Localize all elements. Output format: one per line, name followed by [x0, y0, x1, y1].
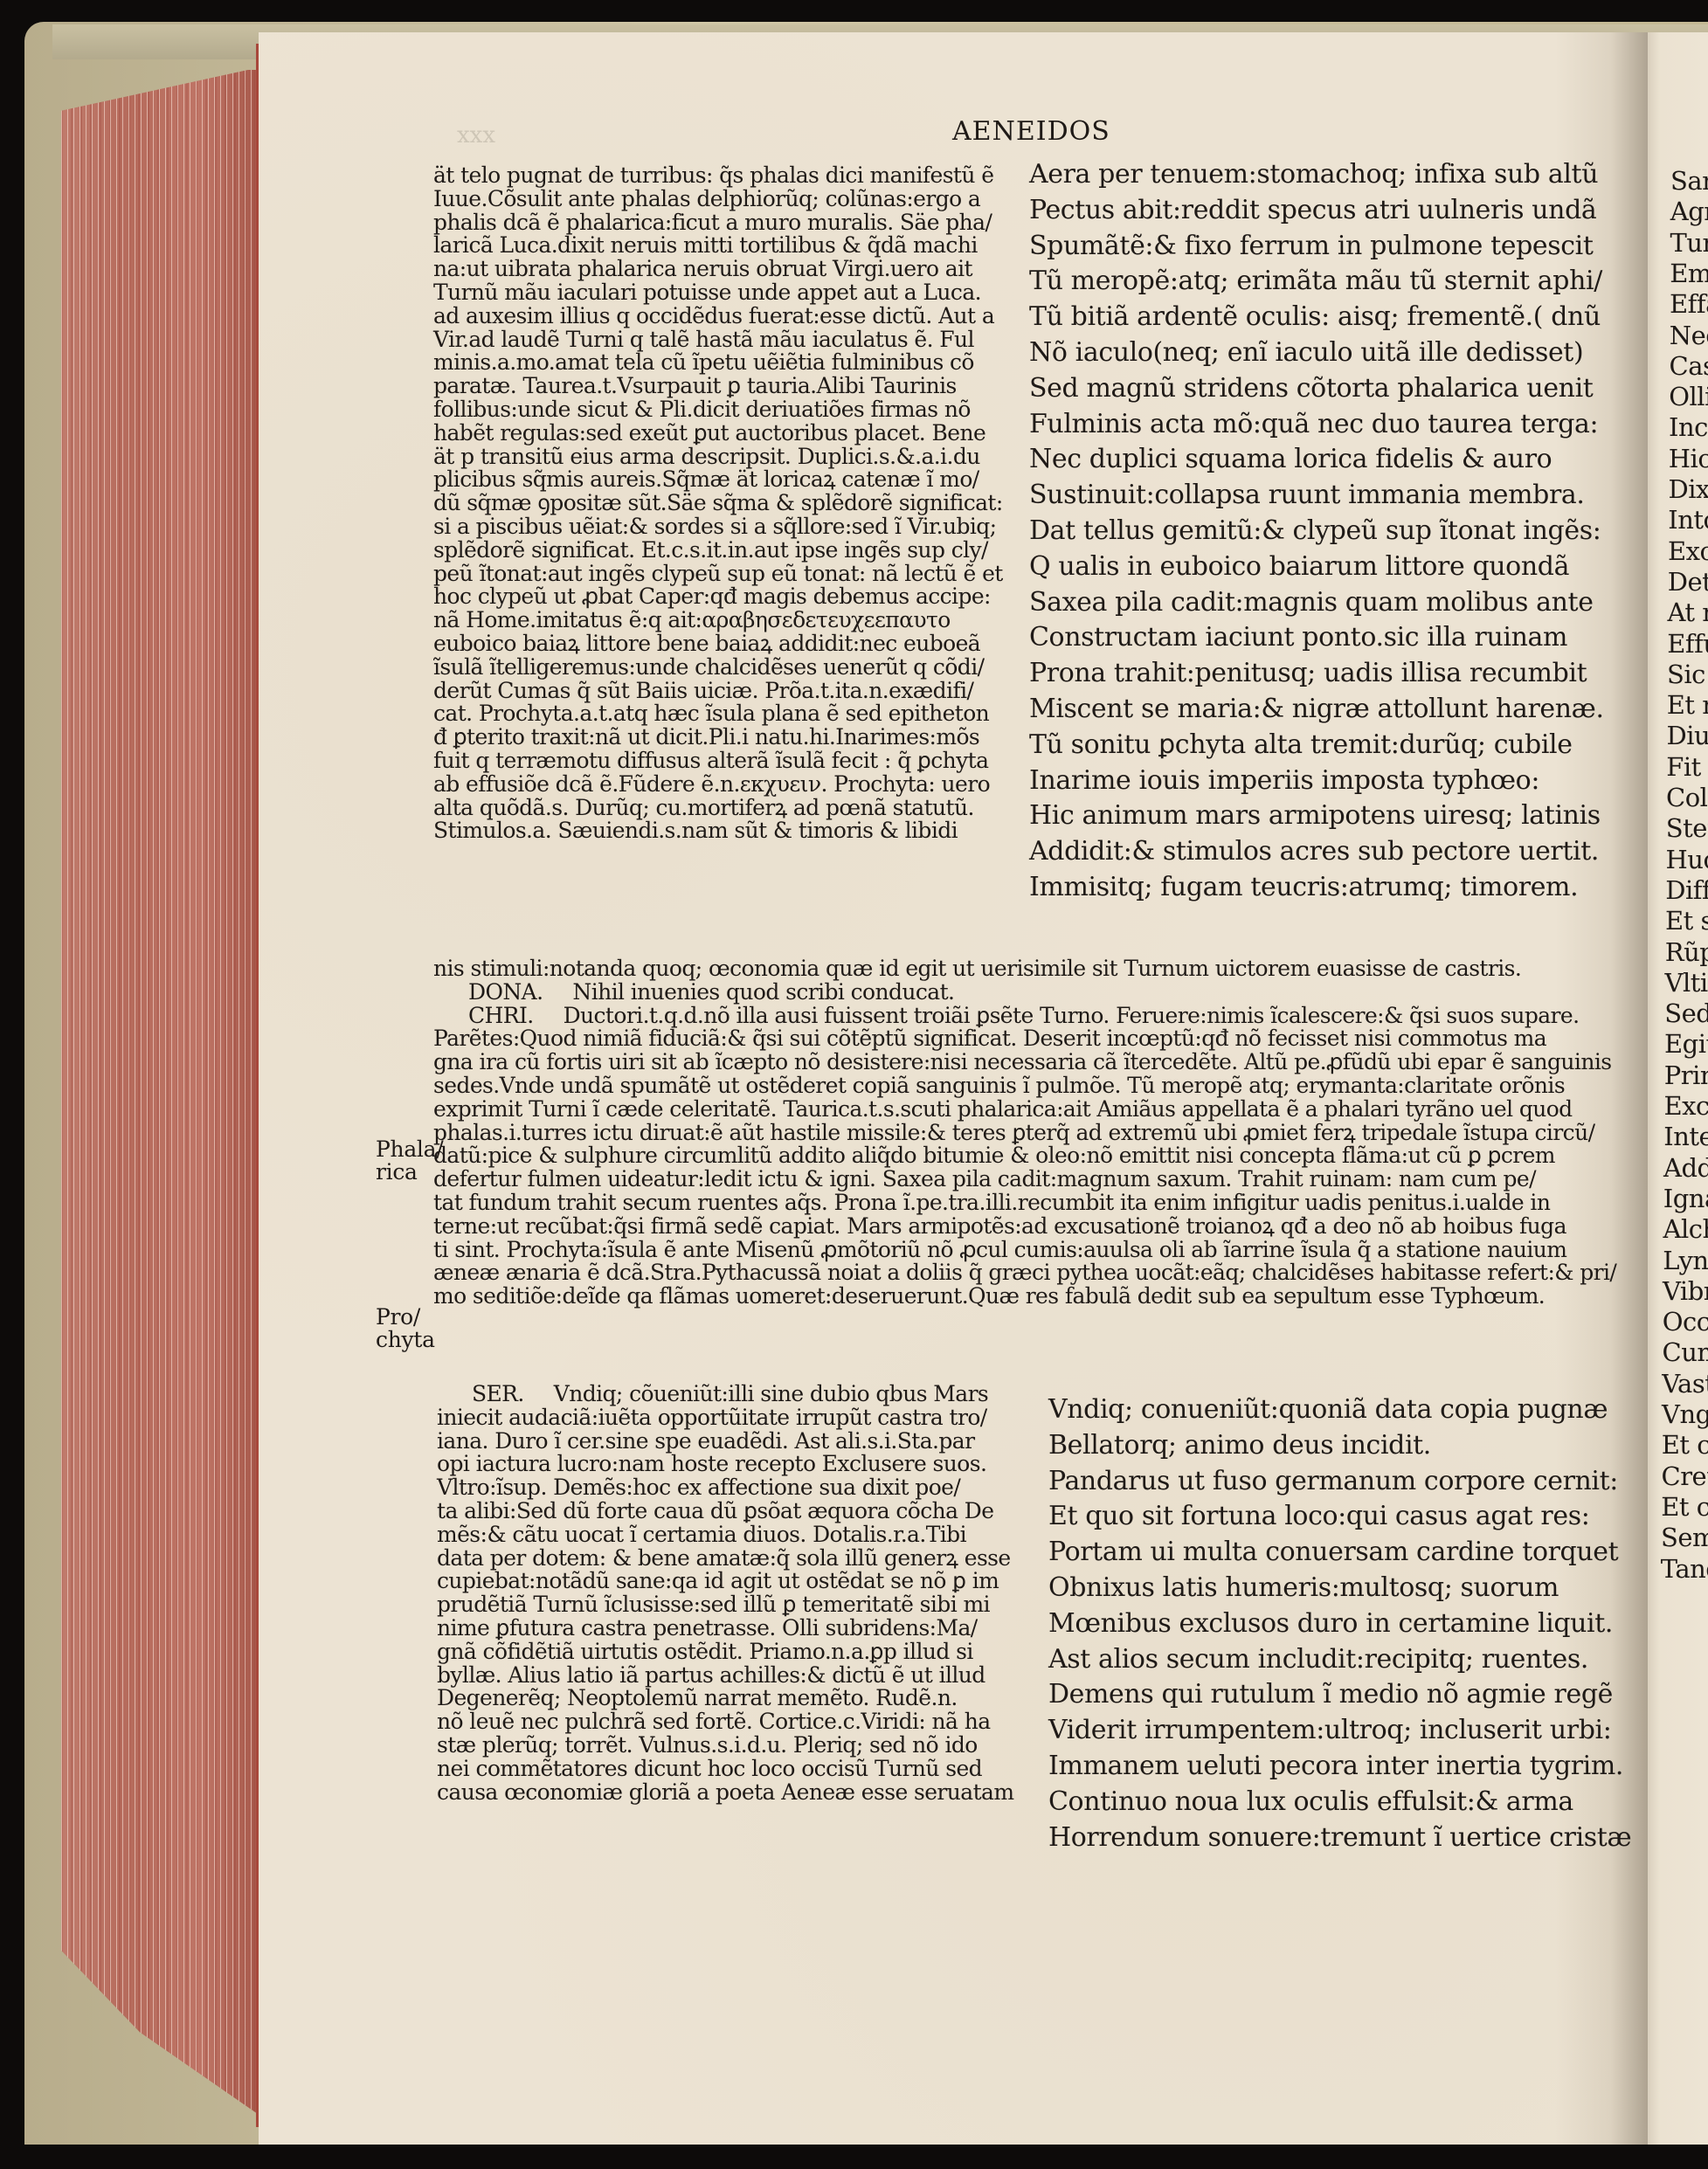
text-line: ta alibi:Sed dũ forte caua dũ ꝑsõat æquo… — [437, 1500, 1013, 1523]
right-page-line-fragment: Et cly — [1662, 1432, 1708, 1459]
right-page-line-fragment: Interg — [1663, 1123, 1708, 1150]
text-line: iana. Duro ĩ cer.sine spe euadẽdi. Ast a… — [437, 1430, 1013, 1454]
verse-column-top: Aera per tenuem:stomachoq; infixa sub al… — [1029, 157, 1604, 906]
text-line: habẽt regulas:sed exeũt ꝑut auctoribus p… — [433, 422, 1003, 446]
text-line: dũ sq̃mæ ꝯpositæ sũt.Säe sq̃ma & splẽdor… — [433, 492, 1003, 515]
text-line: Nõ iaculo(neq; enĩ iaculo uitã ille dedi… — [1029, 335, 1604, 371]
text-line: sedes.Vnde undã spumãtẽ ut ostẽderet cop… — [433, 1074, 1616, 1098]
text-line: Miscent se maria:& nigræ attollunt haren… — [1029, 692, 1604, 728]
margin-note-line: rica — [376, 1161, 443, 1184]
right-page-line-fragment: Castr — [1670, 353, 1708, 380]
text-line: Tũ meropẽ:atq; erimãta mãu tũ sternit ap… — [1029, 264, 1604, 300]
right-page-line-fragment: Ignar — [1663, 1185, 1708, 1212]
text-line: Q ualis in euboico baiarum littore quond… — [1029, 549, 1604, 585]
right-page-line-fragment: Incip — [1669, 414, 1708, 441]
text-line: terne:ut recũbat:q̃si firmã sedẽ capiat.… — [433, 1215, 1616, 1239]
text-line: Bellatorq; animo deus incidit. — [1048, 1428, 1631, 1464]
text-line: nei commẽtatores dicunt hoc loco occisũ … — [437, 1758, 1013, 1781]
right-page-line-fragment: Turb — [1670, 230, 1708, 257]
right-page-line-fragment: Effug — [1667, 631, 1708, 658]
commentary-column-top: ät telo pugnat de turribus: q̃s phalas d… — [433, 164, 1003, 843]
text-line: Tũ bitiã ardentẽ oculis: aisq; frementẽ.… — [1029, 300, 1604, 335]
right-page-line-fragment: Et me — [1667, 692, 1708, 719]
margin-note-line: Pro/ — [376, 1306, 435, 1329]
right-page-line-fragment: Tand — [1661, 1556, 1708, 1583]
text-line: alta quõdã.s. Durũq; cu.mortiferꝝ ad pœn… — [433, 797, 1003, 820]
text-line: na:ut uibrata phalarica neruis obruat Vi… — [433, 258, 1003, 281]
text-line: Fulminis acta mõ:quã nec duo taurea terg… — [1029, 407, 1604, 443]
red-fore-edge — [61, 70, 258, 2114]
text-line: paratæ. Taurea.t.Vsurpauit ꝑ tauria.Alib… — [433, 375, 1003, 398]
text-line: minis.a.mo.amat tela cũ ĩpetu uẽiẽtia fu… — [433, 351, 1003, 375]
text-line: mo seditiõe:deĩde qa flãmas uomeret:dese… — [433, 1285, 1616, 1309]
text-line: Vndiq; conueniũt:quoniã data copia pugnæ — [1048, 1392, 1631, 1428]
text-line: laricã Luca.dixit neruis mitti tortilibu… — [433, 234, 1003, 258]
text-line: Viderit irrumpentem:ultroq; incluserit u… — [1048, 1713, 1631, 1749]
right-page-line-fragment: Crete — [1662, 1463, 1708, 1490]
text-line: euboico baiaꝝ littore bene baiaꝝ addidit… — [433, 632, 1003, 656]
text-line: hoc clypeũ ut ꝓbat Caper:qđ magis debemu… — [433, 585, 1003, 609]
right-page-line-fragment: Diffu — [1665, 877, 1708, 904]
right-page-line-fragment: Vibra — [1663, 1278, 1708, 1305]
text-line: exprimit Turni ĩ cæde celeritatẽ. Tauric… — [433, 1098, 1616, 1122]
text-line: Et quo sit fortuna loco:qui casus agat r… — [1048, 1499, 1631, 1535]
text-line: Aera per tenuem:stomachoq; infixa sub al… — [1029, 157, 1604, 193]
text-line: tat fundum trahit secum ruentes aq̃s. Pr… — [433, 1192, 1616, 1215]
text-line: DONA.Nihil inuenies quod scribi conducat… — [433, 981, 1616, 1005]
right-page-line-fragment: Agn — [1670, 198, 1708, 225]
text-line: Saxea pila cadit:magnis quam molibus ant… — [1029, 585, 1604, 621]
right-page-line-fragment: Olli f — [1669, 383, 1708, 411]
text-line: Demens qui rutulum ĩ medio nõ agmie regẽ — [1048, 1677, 1631, 1713]
text-line: Iuue.Cõsulit ante phalas delphiorũq; col… — [433, 188, 1003, 211]
right-page-line-fragment: Addit — [1663, 1155, 1708, 1182]
right-page-line-fragment: Huc — [1666, 846, 1708, 874]
right-page-line-fragment: Semp — [1661, 1524, 1708, 1551]
text-line: ab effusiõe dcã ẽ.Fũdere ẽ.n.εκχυειν. Pr… — [433, 773, 1003, 797]
text-line: Portam ui multa conuersam cardine torque… — [1048, 1535, 1631, 1571]
text-line: gna ira cũ fortis uiri sit ab ĩcæpto nõ … — [433, 1051, 1616, 1074]
right-page-line-fragment: Sed f — [1664, 1000, 1708, 1027]
right-page-line-fragment: At no — [1668, 599, 1708, 626]
right-page-line-fragment: Fit fo — [1666, 754, 1708, 781]
commentary-wide-block: nis stimuli:notanda quoq; œconomia quæ i… — [433, 957, 1616, 1309]
text-line: Inarime iouis imperiis imposta typhœo: — [1029, 763, 1604, 799]
commentary-text: Nihil inuenies quod scribi conducat. — [572, 979, 954, 1005]
text-line: Addidit:& stimulos acres sub pectore uer… — [1029, 834, 1604, 870]
text-line: Sustinuit:collapsa ruunt immania membra. — [1029, 478, 1604, 514]
text-line: plicibus sq̃mis aureis.Sq̃mæ ät loricaꝝ … — [433, 468, 1003, 492]
text-line: SER.Vndiq; cõueniũt:illi sine dubio qbus… — [437, 1383, 1013, 1406]
right-page-line-fragment: Vasta — [1662, 1371, 1708, 1398]
commentary-text: Vndiq; cõueniũt:illi sine dubio qbus Mar… — [554, 1381, 988, 1406]
text-line: ät p transitũ eius arma descripsit. Dupl… — [433, 446, 1003, 469]
text-line: Turnũ mãu iaculari potuisse unde appet a… — [433, 281, 1003, 305]
right-page-line-fragment: Nec — [1670, 322, 1708, 349]
text-line: datũ:pice & sulphure circumlitũ addito a… — [433, 1144, 1616, 1168]
right-page-line-fragment: Et si c — [1665, 908, 1708, 935]
right-page-line-fragment: Hice — [1669, 446, 1708, 473]
commentator-label: DONA. — [468, 979, 543, 1005]
text-line: Obnixus latis humeris:multosq; suorum — [1048, 1571, 1631, 1606]
text-line: cupiebat:notãdũ sane:qa id agit ut ostẽd… — [437, 1570, 1013, 1593]
text-line: iniecit audaciã:iuẽta opportũitate irrup… — [437, 1406, 1013, 1430]
text-line: æneæ ænaria ẽ dcã.Stra.Pythacussã noiat … — [433, 1261, 1616, 1285]
margin-note-phalarica: Phala/ rica — [376, 1138, 443, 1184]
text-line: Hic animum mars armipotens uiresq; latin… — [1029, 798, 1604, 834]
text-line: Dat tellus gemitũ:& clypeũ sup ĩtonat in… — [1029, 514, 1604, 549]
text-line: ti sint. Prochyta:ĩsula ẽ ante Misenũ ꝓm… — [433, 1239, 1616, 1262]
text-line: phalis dcã ẽ phalarica:ficut a muro mura… — [433, 211, 1003, 235]
text-line: nõ leuẽ nec pulchrã sed fortẽ. Cortice.c… — [437, 1710, 1013, 1734]
ghost-folio-number: xxx — [457, 122, 495, 149]
right-page-line-fragment: Diuic — [1667, 722, 1708, 749]
text-line: data per dotem: & bene amatæ:q̃ sola ill… — [437, 1547, 1013, 1571]
right-page-line-fragment: Excip — [1664, 1093, 1708, 1120]
text-line: Pandarus ut fuso germanum corpore cernit… — [1048, 1464, 1631, 1500]
text-line: gnã cõfidẽtiã uirtutis ostẽdit. Priamo.n… — [437, 1641, 1013, 1664]
text-line: ät telo pugnat de turribus: q̃s phalas d… — [433, 164, 1003, 188]
commentary-column-bottom: SER.Vndiq; cõueniũt:illi sine dubio qbus… — [437, 1383, 1013, 1804]
right-page-line-fragment: Occu — [1663, 1309, 1708, 1336]
right-page-line-fragment: Princ — [1664, 1062, 1708, 1089]
text-line: follibus:unde sicut & Pli.dicit deriuati… — [433, 398, 1003, 422]
text-line: mẽs:& cãtu uocat ĩ certamia diuos. Dotal… — [437, 1523, 1013, 1547]
text-line: nime ꝑfutura castra penetrasse. Olli sub… — [437, 1617, 1013, 1641]
right-page-line-fragment: Rũp — [1665, 939, 1708, 966]
right-page-line-fragment: Excep — [1668, 538, 1708, 565]
right-page-line-fragment: Deto — [1668, 569, 1708, 596]
text-line: ĩsulã ĩtelligeremus:unde chalcidẽses uen… — [433, 656, 1003, 680]
right-page-line-fragment: Egit i — [1664, 1031, 1708, 1058]
text-line: Spumãtẽ:& fixo ferrum in pulmone tepesci… — [1029, 229, 1604, 265]
margin-note-prochyta: Pro/ chyta — [376, 1306, 435, 1351]
right-page-line-fragment: Emic — [1670, 260, 1708, 287]
text-line: nis stimuli:notanda quoq; œconomia quæ i… — [433, 957, 1616, 981]
right-page-fragment: SangAgnTurbEmicEffatNecCastrOlli fIncipH… — [1648, 32, 1708, 2145]
text-line: CHRI.Ductori.t.q.d.nõ illa ausi fuissent… — [433, 1005, 1616, 1028]
text-line: Horrendum sonuere:tremunt ĩ uertice cris… — [1048, 1820, 1631, 1856]
right-page-line-fragment: Alcha — [1663, 1216, 1708, 1243]
right-page-line-fragment: Lynce — [1663, 1247, 1708, 1274]
text-line: byllæ. Alius latio iã partus achilles:& … — [437, 1664, 1013, 1688]
commentary-text: Ductori.t.q.d.nõ illa ausi fuissent troi… — [564, 1003, 1580, 1028]
text-line: opi iactura lucro:nam hoste recepto Excl… — [437, 1453, 1013, 1476]
text-line: Tũ sonitu ꝑchyta alta tremit:durũq; cubi… — [1029, 728, 1604, 763]
text-line: stæ plerũq; torrẽt. Vulnus.s.i.d.u. Pler… — [437, 1734, 1013, 1758]
text-line: nã Home.imitatus ẽ:q ait:αραβησεδετευχεε… — [433, 609, 1003, 632]
right-page-line-fragment: Sic ai — [1667, 661, 1708, 688]
text-line: Immanem ueluti pecora inter inertia tygr… — [1048, 1749, 1631, 1785]
text-line: Mœnibus exclusos duro in certamine liqui… — [1048, 1606, 1631, 1642]
text-line: Vltro:ĩsup. Demẽs:hoc ex affectione sua … — [437, 1476, 1013, 1500]
text-line: si a piscibus uẽiat:& sordes si a sq̃llo… — [433, 515, 1003, 539]
right-page-line-fragment: Stern — [1666, 815, 1708, 842]
text-line: cat. Prochyta.a.t.atq hæc ĩsula plana ẽ … — [433, 702, 1003, 726]
text-line: ad auxesim illius q occidẽdus fuerat:ess… — [433, 305, 1003, 328]
text-line: Immisitq; fugam teucris:atrumq; timorem. — [1029, 870, 1604, 906]
right-page-line-fragment: Effat — [1670, 291, 1708, 318]
margin-note-line: chyta — [376, 1329, 435, 1351]
text-line: Nec duplici squama lorica fidelis & auro — [1029, 442, 1604, 478]
right-page-line-fragment: Vltin — [1665, 970, 1708, 997]
text-line: splẽdorẽ significat. Et.c.s.it.in.aut ip… — [433, 539, 1003, 563]
text-line: derũt Cumas q̃ sũt Baiis uiciæ. Prõa.t.i… — [433, 680, 1003, 703]
running-head: AENEIDOS — [952, 116, 1110, 147]
text-line: phalas.i.turres ictu diruat:ẽ aũt hastil… — [433, 1122, 1616, 1145]
commentator-label: CHRI. — [468, 1003, 534, 1028]
right-page-line-fragment: Colla — [1666, 784, 1708, 812]
right-page-line-fragment: Intor — [1668, 507, 1708, 534]
text-line: Degenerẽq; Neoptolemũ narrat memẽto. Rud… — [437, 1687, 1013, 1710]
right-page-line-fragment: Cum — [1663, 1339, 1708, 1366]
text-line: causa œconomiæ gloriã a poeta Aeneæ esse… — [437, 1781, 1013, 1805]
commentator-label: SER. — [472, 1381, 524, 1406]
text-line: peũ ĩtonat:aut ingẽs clypeũ sup eũ tonat… — [433, 563, 1003, 586]
margin-note-line: Phala/ — [376, 1138, 443, 1161]
right-page-line-fragment: Vnge — [1662, 1401, 1708, 1428]
text-line: fuit q terræmotu diffusus alterã ĩsulã f… — [433, 749, 1003, 773]
text-line: Vir.ad laudẽ Turni q talẽ hastã mãu iacu… — [433, 328, 1003, 352]
text-line: Continuo noua lux oculis effulsit:& arma — [1048, 1785, 1631, 1820]
verse-column-bottom: Vndiq; conueniũt:quoniã data copia pugnæ… — [1048, 1392, 1631, 1855]
text-line: Pectus abit:reddit specus atri uulneris … — [1029, 193, 1604, 229]
text-line: Stimulos.a. Sæuiendi.s.nam sũt & timoris… — [433, 819, 1003, 843]
text-line: defertur fulmen uideatur:ledit ictu & ig… — [433, 1168, 1616, 1192]
right-page-line-fragment: Dixe — [1669, 476, 1708, 503]
text-line: Sed magnũ stridens cõtorta phalarica uen… — [1029, 371, 1604, 407]
right-page-line-fragment: Sang — [1670, 168, 1708, 195]
text-line: đ ꝑterito traxit:nã ut dicit.Pli.i natu.… — [433, 726, 1003, 749]
text-line: Constructam iaciunt ponto.sic illa ruina… — [1029, 620, 1604, 656]
right-page-line-fragment: Et cyt — [1661, 1494, 1708, 1521]
text-line: prudẽtiã Turnũ ĩclusisse:sed illũ ꝑ teme… — [437, 1593, 1013, 1617]
text-line: Ast alios secum includit:recipitq; ruent… — [1048, 1642, 1631, 1678]
text-line: Parẽtes:Quod nimiã fiduciã:& q̃si sui cõ… — [433, 1027, 1616, 1051]
text-line: Prona trahit:penitusq; uadis illisa recu… — [1029, 656, 1604, 692]
